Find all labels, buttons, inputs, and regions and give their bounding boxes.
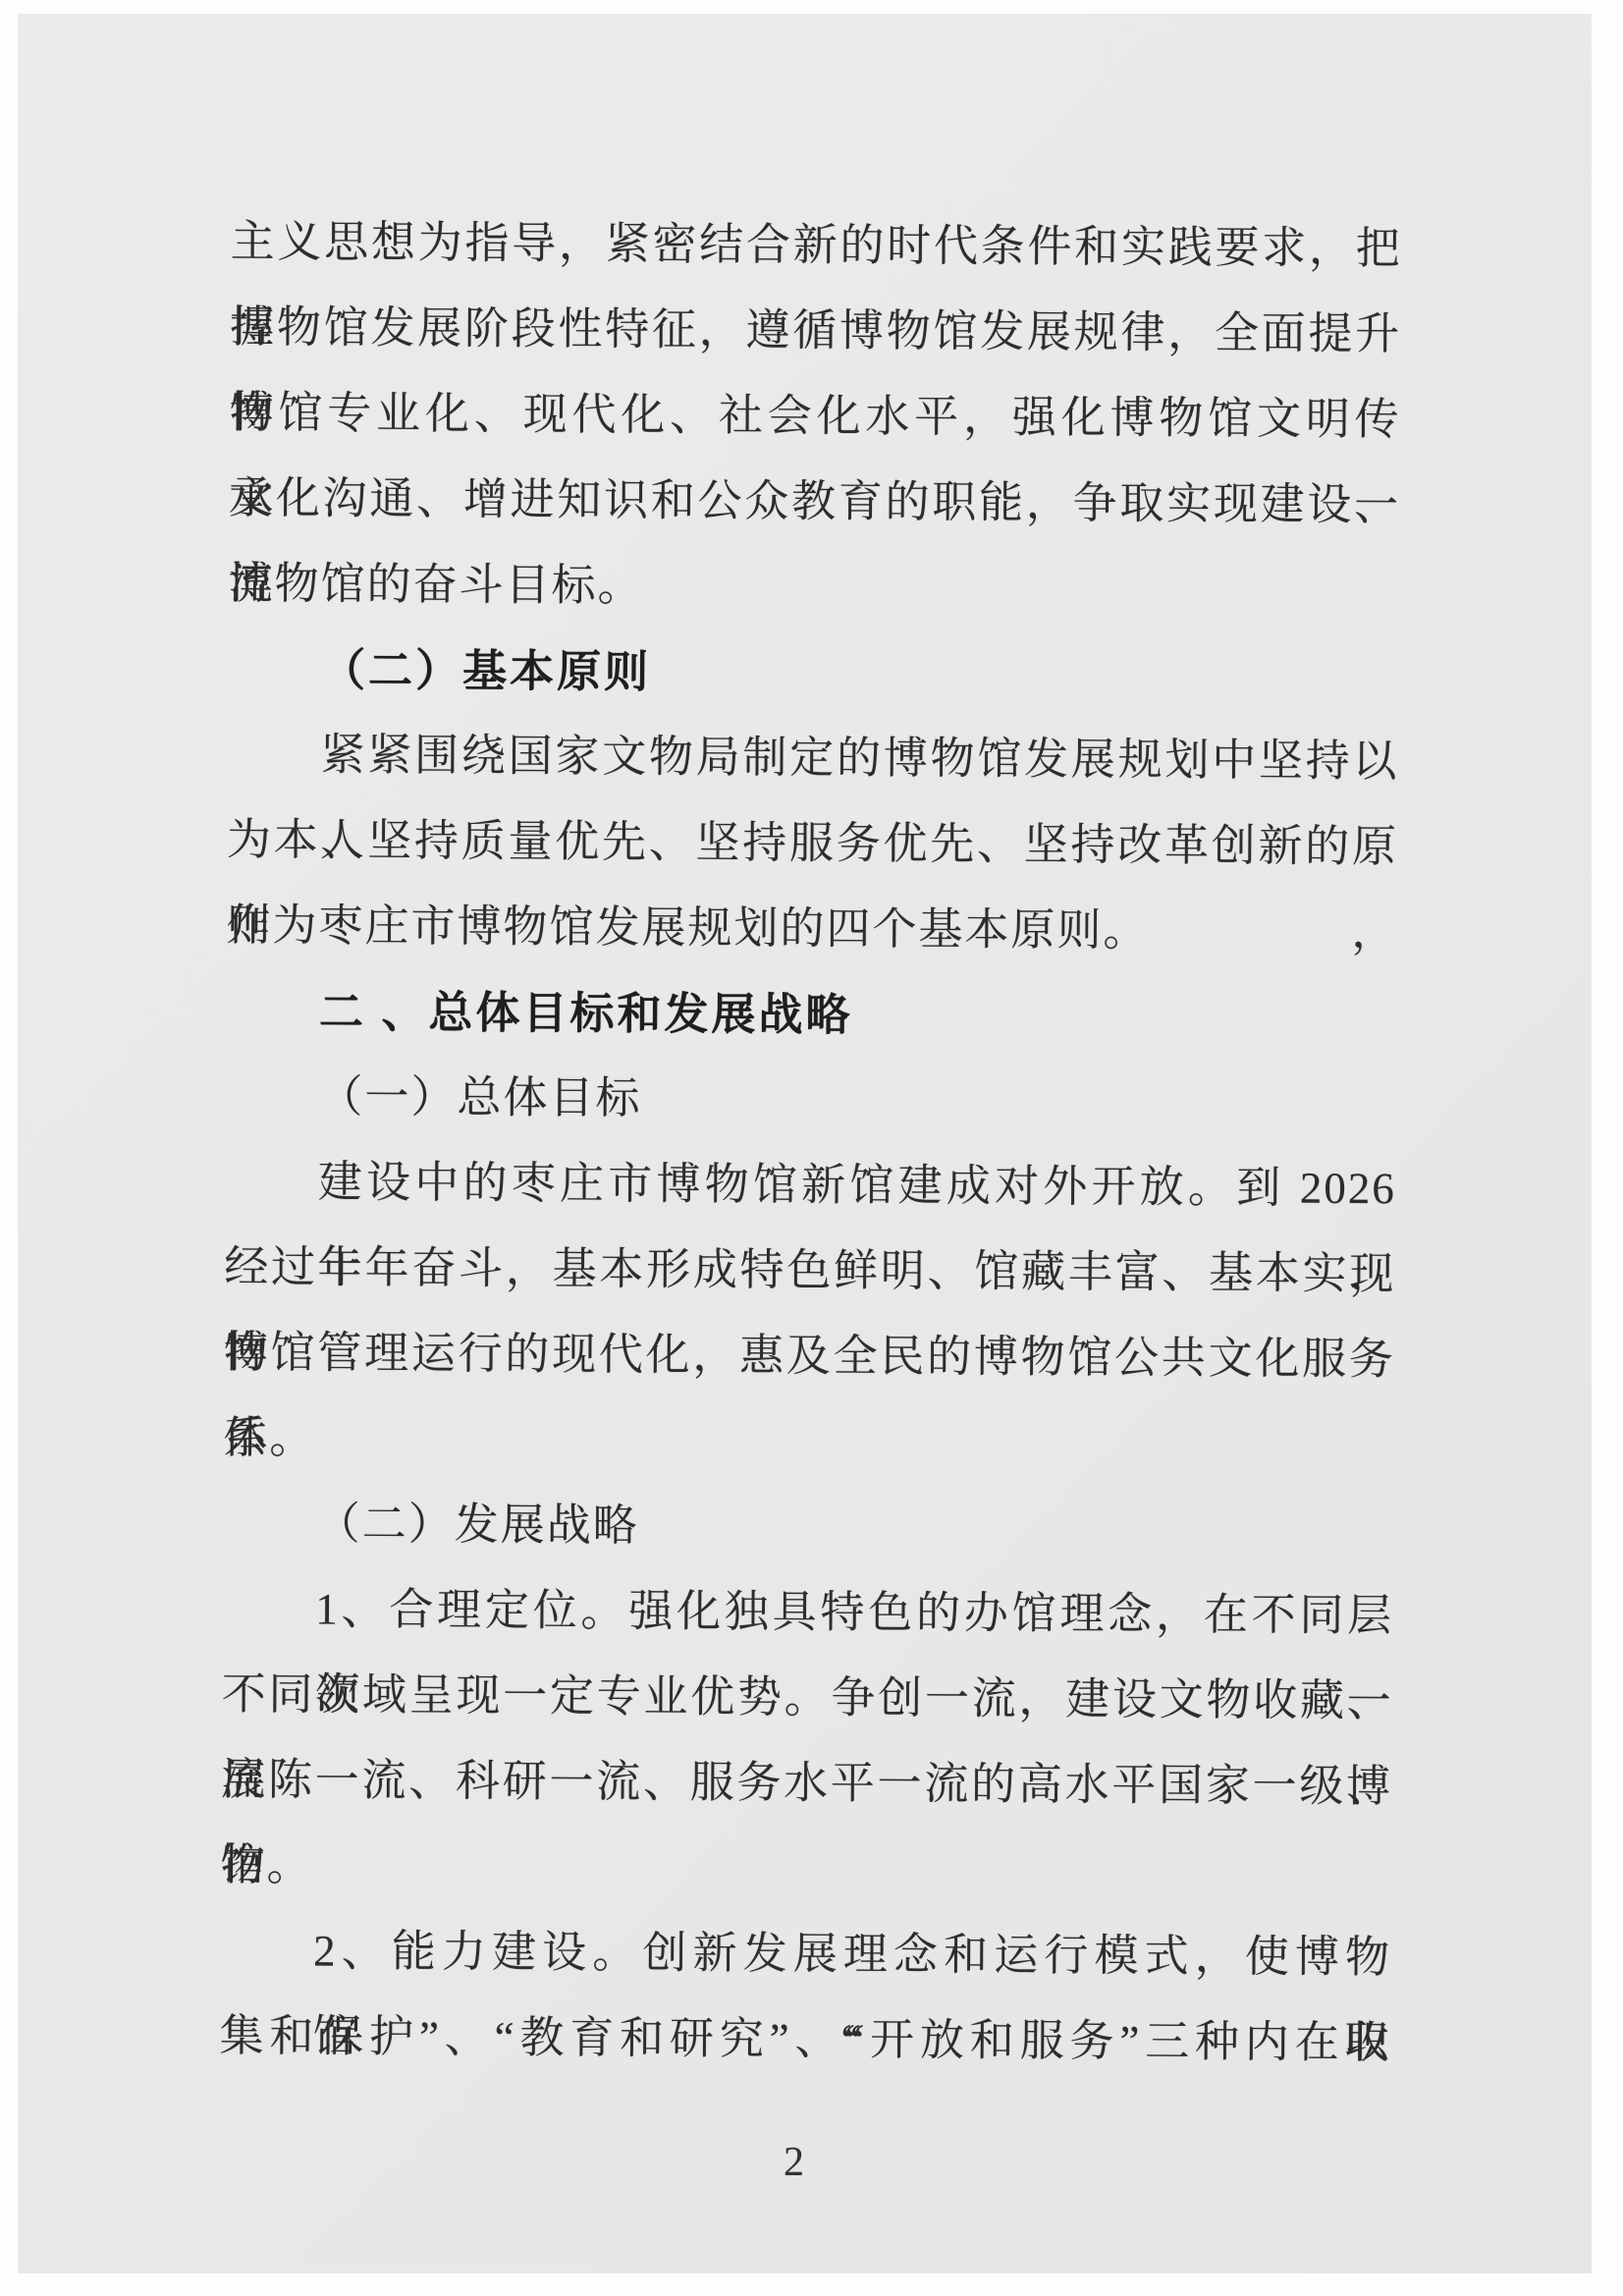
subsection-heading: （一）总体目标 [225, 1054, 1397, 1146]
text-line: 物馆管理运行的现代化，惠及全民的博物馆公共文化服务体 [224, 1310, 1396, 1402]
subsection-heading: （二）发展战略 [222, 1481, 1394, 1573]
text-line: 展陈一流、科研一流、服务水平一流的高水平国家一级博物 [221, 1737, 1393, 1830]
section-heading: 二 、总体目标和发展战略 [226, 968, 1398, 1061]
text-line: 为本、坚持质量优先、坚持服务优先、坚持改革创新的原则， [227, 797, 1399, 890]
text-line: 紧紧围绕国家文物局制定的博物馆发展规划中坚持以人 [227, 712, 1399, 804]
document-page: 主义思想为指导，紧密结合新的时代条件和实践要求，把握博物馆发展阶段性特征，遵循博… [18, 14, 1592, 2273]
text-line: 1、合理定位。强化独具特色的办馆理念，在不同层次、 [222, 1566, 1394, 1659]
text-line: 博物馆发展阶段性特征，遵循博物馆发展规律，全面提升博 [230, 285, 1402, 377]
text-line: 馆。 [220, 1823, 1392, 1915]
text-line: 2、能力建设。创新发展理念和运行模式，使博物馆“收 [220, 1908, 1392, 2000]
text-line: 主义思想为指导，紧密结合新的时代条件和实践要求，把握 [230, 199, 1402, 292]
text-line: 系。 [223, 1395, 1395, 1488]
text-line: 集和保护”、“教育和研究”、“开放和服务”三种内在职 [219, 1994, 1391, 2086]
text-line: 文化沟通、增进知识和公众教育的职能，争取实现建设一流 [229, 456, 1401, 548]
text-line: 不同领域呈现一定专业优势。争创一流，建设文物收藏一流、 [221, 1652, 1393, 1744]
section-heading: （二）基本原则 [228, 627, 1400, 719]
text-lines: 主义思想为指导，紧密结合新的时代条件和实践要求，把握博物馆发展阶段性特征，遵循博… [219, 199, 1402, 2086]
page-number: 2 [7, 2133, 1581, 2192]
text-line: 经过十年奋斗，基本形成特色鲜明、馆藏丰富、基本实现博 [224, 1225, 1396, 1317]
text-line: 建设中的枣庄市博物馆新馆建成对外开放。到 2026 年， [225, 1139, 1397, 1231]
text-line: 博物馆的奋斗目标。 [228, 541, 1400, 633]
scanned-document: { "page": { "number": "2", "paper_color"… [0, 0, 1623, 2296]
text-line: 物馆专业化、现代化、社会化水平，强化博物馆文明传承、 [229, 370, 1401, 463]
